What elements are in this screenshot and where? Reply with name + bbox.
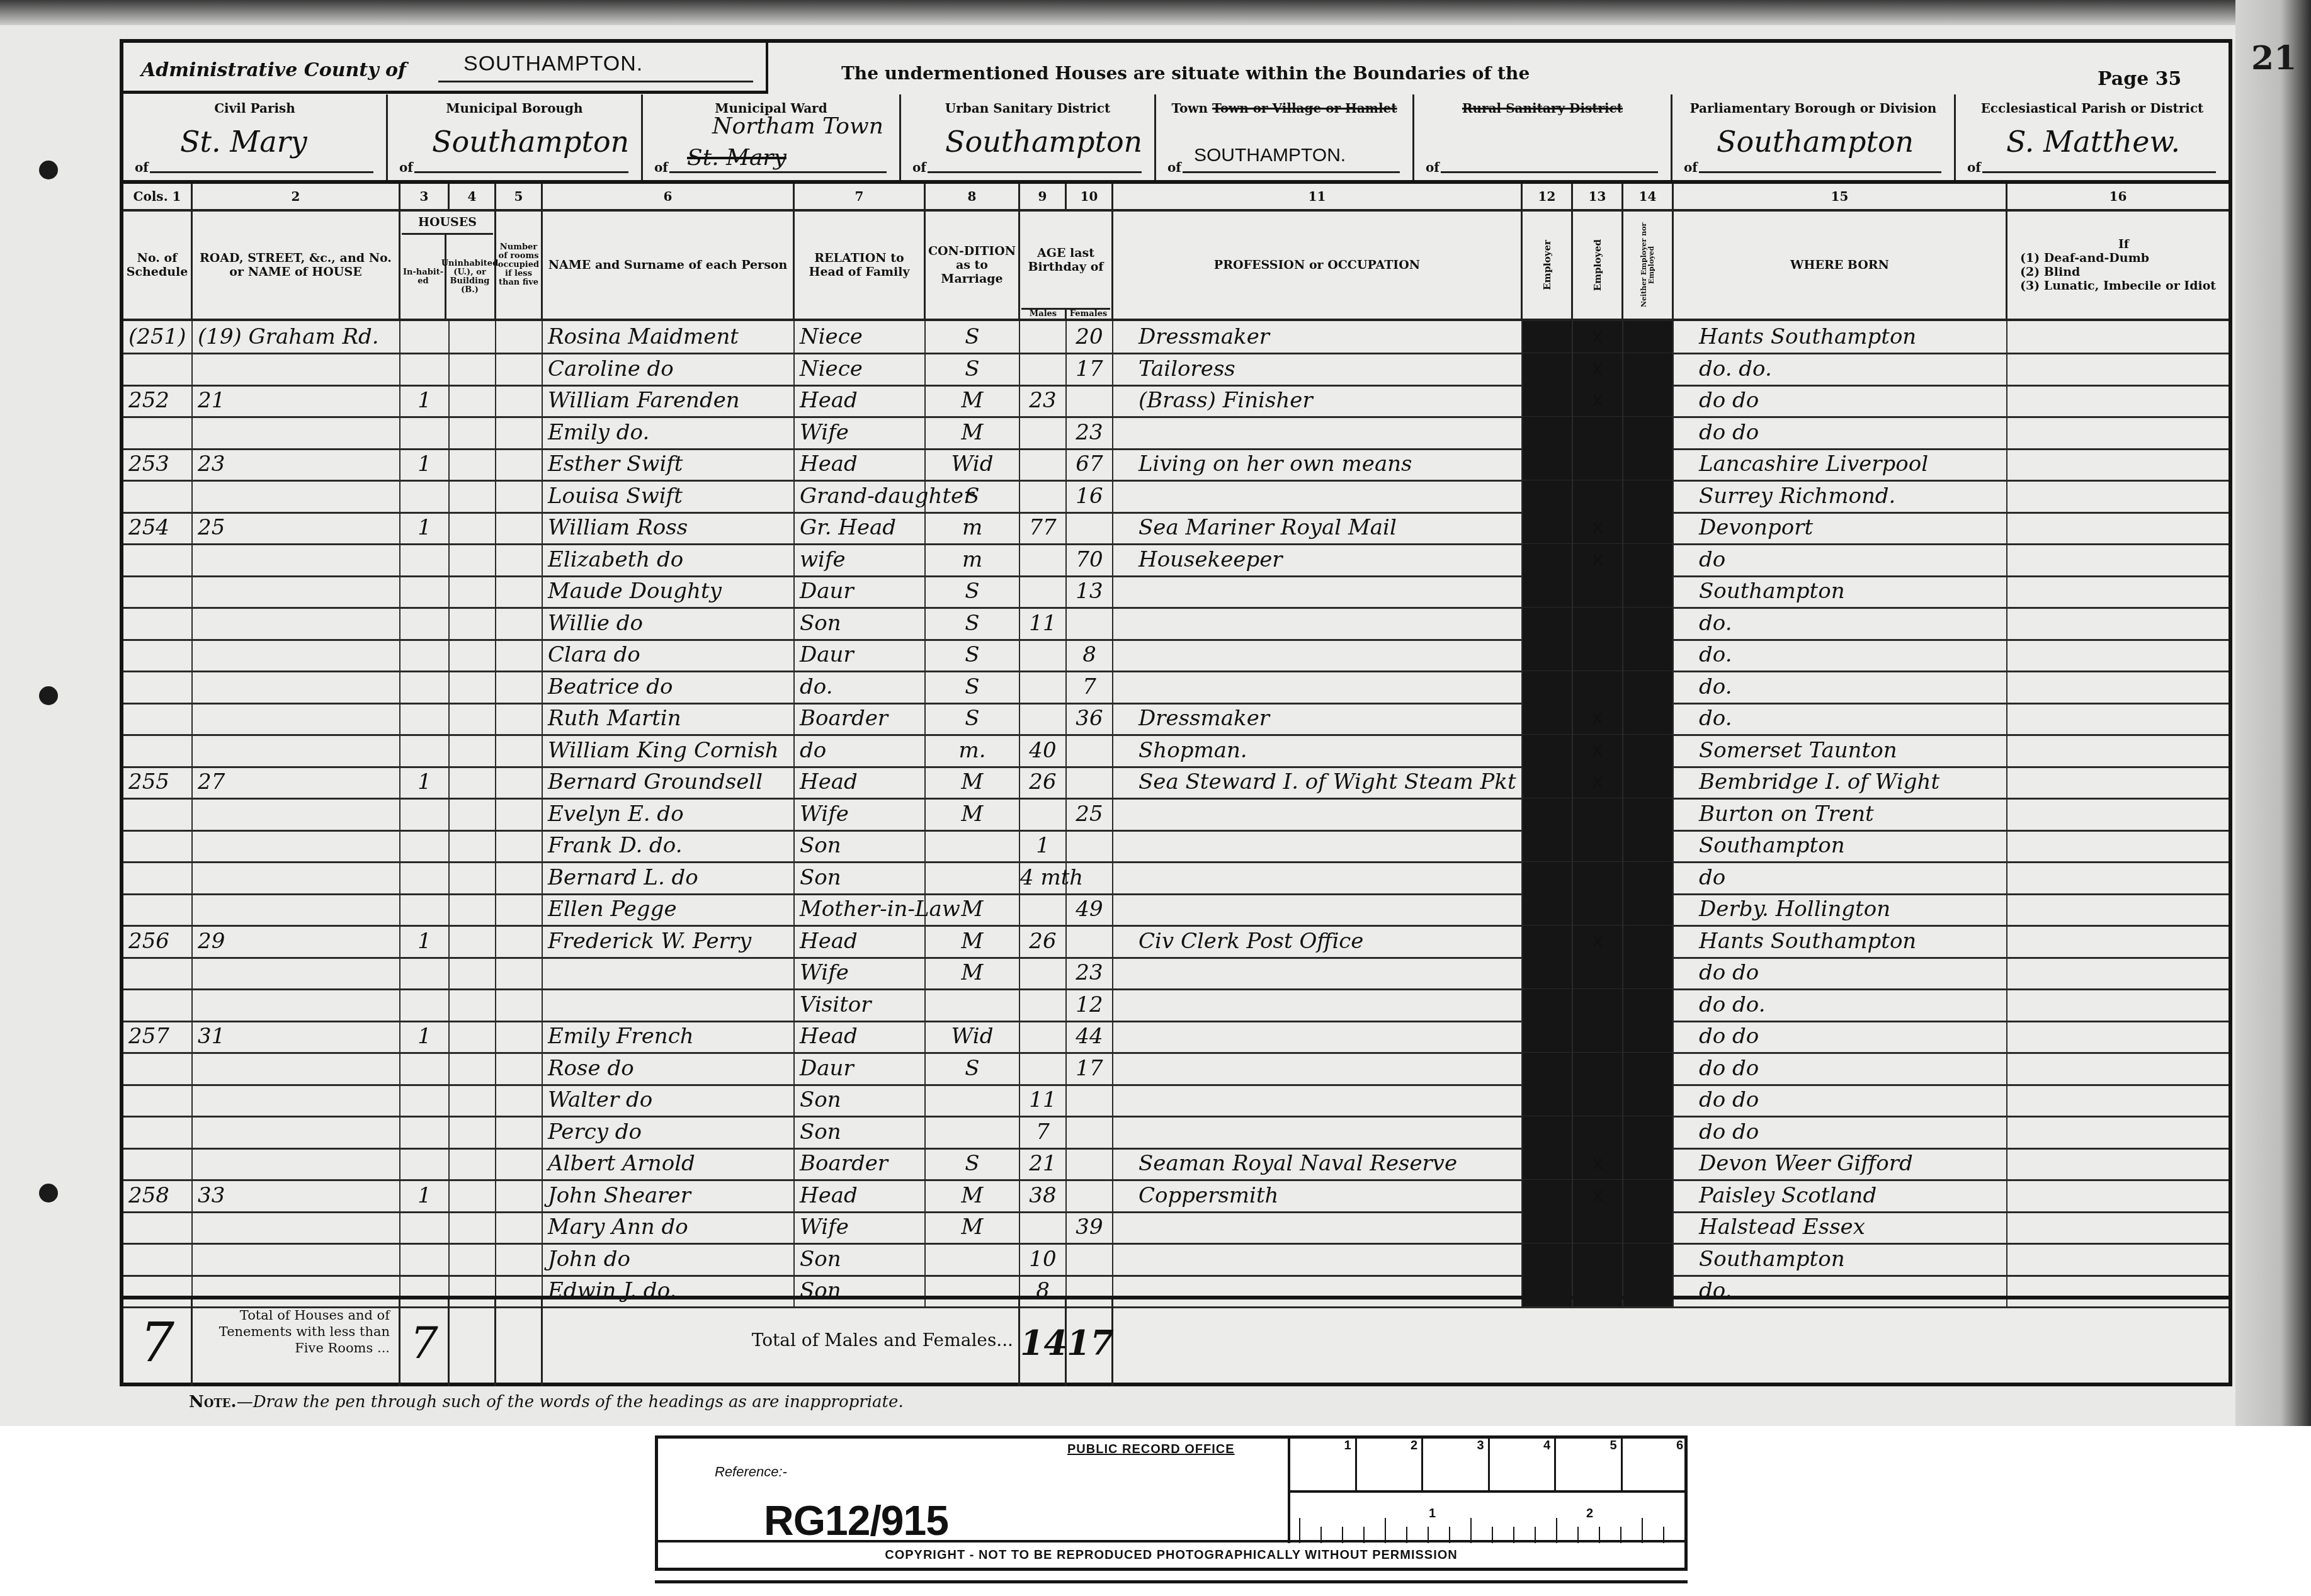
infirmity-cell [2007, 1148, 2229, 1179]
infirmity-cell [2007, 353, 2229, 385]
road-cell: 23 [193, 448, 400, 480]
road-cell: 29 [193, 925, 400, 957]
employer-cell [1523, 1084, 1573, 1116]
condition-cell: m [926, 544, 1020, 575]
relation-cell: Daur [795, 1053, 926, 1084]
schedule-cell: 257 [123, 1021, 193, 1052]
relation-cell: Son [795, 862, 926, 893]
neither-cell [1623, 735, 1674, 766]
schedule-cell [123, 1211, 193, 1243]
occupation-cell [1113, 1084, 1523, 1116]
name-cell: John Shearer [543, 1180, 795, 1211]
name-cell: Emily do. [543, 417, 795, 448]
road-cell [193, 798, 400, 830]
neither-cell [1623, 544, 1674, 575]
schedule-cell: (251) [123, 321, 193, 353]
females-age-cell: 17 [1067, 1053, 1113, 1084]
where-born-cell: Devonport [1674, 512, 2007, 543]
males-age-cell: 4 mth [1020, 862, 1067, 893]
infirmity-cell [2007, 1021, 2229, 1052]
relation-cell: Boarder [795, 703, 926, 734]
where-born-cell: do do [1674, 1053, 2007, 1084]
reference-box: PUBLIC RECORD OFFICE Reference:- RG12/91… [655, 1435, 1688, 1571]
schedule-cell [123, 735, 193, 766]
rooms-cell [496, 608, 543, 639]
name-cell: Evelyn E. do [543, 798, 795, 830]
inhabited-cell [400, 417, 450, 448]
where-born-cell: do. [1674, 671, 2007, 703]
inhabited-cell [400, 703, 450, 734]
infirmity-cell [2007, 1243, 2229, 1275]
relation-cell: Head [795, 766, 926, 798]
males-age-cell [1020, 575, 1067, 607]
neither-cell [1623, 989, 1674, 1021]
females-age-cell: 67 [1067, 448, 1113, 480]
table-row: Walter doSon11do do [123, 1084, 2229, 1118]
females-age-cell [1067, 766, 1113, 798]
males-age-cell: 10 [1020, 1243, 1067, 1275]
schedule-cell [123, 639, 193, 671]
males-age-cell: 40 [1020, 735, 1067, 766]
name-cell: Esther Swift [543, 448, 795, 480]
where-born-cell: Southampton [1674, 830, 2007, 861]
inhabited-cell [400, 862, 450, 893]
employed-cell [1573, 957, 1623, 988]
where-born-cell: Derby. Hollington [1674, 893, 2007, 925]
reference-label: Reference:- [715, 1464, 787, 1480]
infirmity-cell [2007, 671, 2229, 703]
header-houses: HOUSES In-habit-ed Uninhabited (U.), or … [400, 212, 496, 319]
condition-cell: M [926, 957, 1020, 988]
employed-cell [1573, 1116, 1623, 1148]
employer-cell [1523, 1243, 1573, 1275]
inhabited-cell: 1 [400, 766, 450, 798]
schedule-cell [123, 989, 193, 1021]
infirmity-cell [2007, 1211, 2229, 1243]
occupation-cell [1113, 1021, 1523, 1052]
rooms-cell [496, 385, 543, 416]
females-age-cell: 23 [1067, 957, 1113, 988]
females-age-cell: 25 [1067, 798, 1113, 830]
employer-cell [1523, 321, 1573, 353]
road-cell [193, 608, 400, 639]
employer-cell [1523, 480, 1573, 512]
inhabited-cell [400, 1148, 450, 1179]
occupation-cell [1113, 1053, 1523, 1084]
condition-cell [926, 830, 1020, 861]
neither-cell [1623, 1116, 1674, 1148]
name-cell: William Ross [543, 512, 795, 543]
inhabited-cell [400, 1053, 450, 1084]
females-age-cell: 16 [1067, 480, 1113, 512]
employer-cell [1523, 608, 1573, 639]
occupation-cell [1113, 862, 1523, 893]
employed-cell: x [1573, 385, 1623, 416]
occupation-cell: Dressmaker [1113, 703, 1523, 734]
females-age-cell: 49 [1067, 893, 1113, 925]
females-age-cell: 17 [1067, 353, 1113, 385]
name-cell: Ellen Pegge [543, 893, 795, 925]
employed-cell [1573, 671, 1623, 703]
rooms-cell [496, 893, 543, 925]
condition-cell [926, 862, 1020, 893]
table-row: Percy doSon7do do [123, 1116, 2229, 1150]
schedule-cell [123, 862, 193, 893]
inhabited-cell [400, 321, 450, 353]
infirmity-cell [2007, 448, 2229, 480]
occupation-cell [1113, 1211, 1523, 1243]
where-born-cell: do. do. [1674, 353, 2007, 385]
name-cell: Emily French [543, 1021, 795, 1052]
employed-cell [1573, 830, 1623, 861]
infirmity-cell [2007, 925, 2229, 957]
inhabited-cell [400, 798, 450, 830]
where-born-cell: Hants Southampton [1674, 321, 2007, 353]
inhabited-cell: 1 [400, 385, 450, 416]
males-age-cell: 21 [1020, 1148, 1067, 1179]
rooms-cell [496, 862, 543, 893]
neither-cell [1623, 480, 1674, 512]
schedule-cell [123, 893, 193, 925]
occupation-cell [1113, 893, 1523, 925]
uninhabited-cell [450, 385, 496, 416]
uninhabited-cell [450, 925, 496, 957]
uninhabited-cell [450, 893, 496, 925]
condition-cell [926, 989, 1020, 1021]
condition-cell: S [926, 671, 1020, 703]
condition-cell: S [926, 353, 1020, 385]
road-cell [193, 353, 400, 385]
occupation-cell [1113, 830, 1523, 861]
uninhabited-cell [450, 766, 496, 798]
where-born-cell: Southampton [1674, 1243, 2007, 1275]
neither-cell [1623, 608, 1674, 639]
road-cell [193, 1148, 400, 1179]
header-uninhabited: Uninhabited (U.), or Building (B.) [446, 235, 493, 319]
condition-cell: S [926, 321, 1020, 353]
where-born-cell: do. [1674, 608, 2007, 639]
females-age-cell: 70 [1067, 544, 1113, 575]
neither-cell [1623, 1211, 1674, 1243]
employer-cell [1523, 1021, 1573, 1052]
uninhabited-cell [450, 671, 496, 703]
employer-cell [1523, 893, 1573, 925]
schedule-cell [123, 353, 193, 385]
name-cell: Ruth Martin [543, 703, 795, 734]
employed-cell [1573, 1243, 1623, 1275]
name-cell: Mary Ann do [543, 1211, 795, 1243]
copyright-notice: COPYRIGHT - NOT TO BE REPRODUCED PHOTOGR… [658, 1540, 1684, 1568]
females-age-cell: 8 [1067, 639, 1113, 671]
relation-cell: Boarder [795, 1148, 926, 1179]
name-cell: Elizabeth do [543, 544, 795, 575]
rooms-cell [496, 1243, 543, 1275]
where-born-cell: Hants Southampton [1674, 925, 2007, 957]
schedule-cell: 254 [123, 512, 193, 543]
inhabited-cell [400, 1116, 450, 1148]
occupation-cell: (Brass) Finisher [1113, 385, 1523, 416]
rooms-cell [496, 1116, 543, 1148]
uninhabited-cell [450, 575, 496, 607]
uninhabited-cell [450, 544, 496, 575]
occupation-cell: Shopman. [1113, 735, 1523, 766]
table-row: (251)(19) Graham Rd.Rosina MaidmentNiece… [123, 321, 2229, 354]
rooms-cell [496, 1021, 543, 1052]
neither-cell [1623, 353, 1674, 385]
employed-cell [1573, 1211, 1623, 1243]
neither-cell [1623, 385, 1674, 416]
occupation-cell [1113, 1116, 1523, 1148]
males-age-cell [1020, 671, 1067, 703]
schedule-cell [123, 1053, 193, 1084]
area-ecclesiastical-district: Ecclesiastical Parish or District S. Mat… [1956, 94, 2229, 180]
infirmity-cell [2007, 703, 2229, 734]
road-cell: 21 [193, 385, 400, 416]
area-town: Town Town or Village or Hamlet SOUTHAMPT… [1156, 94, 1414, 180]
rooms-cell [496, 798, 543, 830]
condition-cell: M [926, 417, 1020, 448]
area-rural-sanitary-district: Rural Sanitary District of [1414, 94, 1672, 180]
occupation-cell [1113, 671, 1523, 703]
area-civil-parish: Civil Parish St. Mary of [123, 94, 388, 180]
rooms-cell [496, 575, 543, 607]
rooms-cell [496, 735, 543, 766]
infirmity-cell [2007, 544, 2229, 575]
condition-cell: S [926, 703, 1020, 734]
females-age-cell: 36 [1067, 703, 1113, 734]
employed-cell: x [1573, 353, 1623, 385]
schedule-cell: 252 [123, 385, 193, 416]
occupation-cell [1113, 417, 1523, 448]
schedule-cell [123, 1148, 193, 1179]
males-age-cell: 11 [1020, 1084, 1067, 1116]
header-relation: RELATION to Head of Family [795, 212, 926, 319]
rooms-cell [496, 321, 543, 353]
census-form: Administrative County of SOUTHAMPTON. Th… [120, 39, 2232, 1386]
uninhabited-cell [450, 512, 496, 543]
employed-cell: x [1573, 735, 1623, 766]
employer-cell [1523, 1053, 1573, 1084]
neither-cell [1623, 798, 1674, 830]
uninhabited-cell [450, 448, 496, 480]
condition-cell: M [926, 1180, 1020, 1211]
schedule-cell [123, 830, 193, 861]
infirmity-cell [2007, 1116, 2229, 1148]
column-numbers: Cols. 1 2 3 4 5 6 7 8 9 10 11 12 13 14 1… [123, 184, 2229, 212]
relation-cell: Son [795, 1084, 926, 1116]
condition-cell [926, 1084, 1020, 1116]
next-reference-edge [655, 1580, 1688, 1596]
neither-cell [1623, 1148, 1674, 1179]
uninhabited-cell [450, 1084, 496, 1116]
females-age-cell [1067, 1084, 1113, 1116]
condition-cell: M [926, 766, 1020, 798]
scale-cm: 1 2 3 4 5 6 [1290, 1439, 1687, 1493]
relation-cell: Gr. Head [795, 512, 926, 543]
occupation-cell [1113, 639, 1523, 671]
neither-cell [1623, 448, 1674, 480]
employer-cell [1523, 1148, 1573, 1179]
inhabited-cell [400, 639, 450, 671]
rooms-cell [496, 671, 543, 703]
table-row: William King Cornishdom.40Shopman.xSomer… [123, 735, 2229, 768]
page-number: Page 35 [2098, 68, 2181, 90]
occupation-cell: Tailoress [1113, 353, 1523, 385]
relation-cell: Wife [795, 798, 926, 830]
name-cell: Maude Doughty [543, 575, 795, 607]
rooms-cell [496, 1211, 543, 1243]
neither-cell [1623, 671, 1674, 703]
schedule-cell [123, 544, 193, 575]
females-age-cell [1067, 512, 1113, 543]
header-where-born: WHERE BORN [1674, 212, 2007, 319]
table-row: Mary Ann doWifeM39Halstead Essex [123, 1211, 2229, 1245]
infirmity-cell [2007, 957, 2229, 988]
employer-cell [1523, 798, 1573, 830]
females-age-cell [1067, 1180, 1113, 1211]
relation-cell: Son [795, 830, 926, 861]
employer-cell [1523, 385, 1573, 416]
females-age-cell [1067, 925, 1113, 957]
where-born-cell: do do [1674, 957, 2007, 988]
uninhabited-cell [450, 1148, 496, 1179]
infirmity-cell [2007, 1084, 2229, 1116]
rooms-cell [496, 544, 543, 575]
total-females: 17 [1067, 1299, 1113, 1386]
inhabited-cell: 1 [400, 448, 450, 480]
name-cell: Albert Arnold [543, 1148, 795, 1179]
inhabited-cell [400, 1084, 450, 1116]
employer-cell [1523, 703, 1573, 734]
table-row: Elizabeth dowifem70Housekeeperxdo [123, 544, 2229, 577]
employer-cell [1523, 512, 1573, 543]
infirmity-cell [2007, 766, 2229, 798]
neither-cell [1623, 1053, 1674, 1084]
road-cell [193, 639, 400, 671]
employed-cell: x [1573, 925, 1623, 957]
neither-cell [1623, 766, 1674, 798]
infirmity-cell [2007, 862, 2229, 893]
males-age-cell [1020, 798, 1067, 830]
infirmity-cell [2007, 1053, 2229, 1084]
males-age-cell: 26 [1020, 925, 1067, 957]
table-row: 252211William FarendenHeadM23(Brass) Fin… [123, 385, 2229, 418]
neither-cell [1623, 957, 1674, 988]
inhabited-cell: 1 [400, 512, 450, 543]
name-cell: Louisa Swift [543, 480, 795, 512]
males-age-cell: 7 [1020, 1116, 1067, 1148]
table-row: Louisa SwiftGrand-daughterS16Surrey Rich… [123, 480, 2229, 514]
road-cell [193, 671, 400, 703]
road-cell [193, 893, 400, 925]
employer-cell [1523, 544, 1573, 575]
infirmity-cell [2007, 989, 2229, 1021]
total-houses: 7 [400, 1299, 450, 1386]
road-cell [193, 1116, 400, 1148]
females-age-cell: 13 [1067, 575, 1113, 607]
ward-struck-value: St. Mary [687, 145, 786, 171]
neither-cell [1623, 575, 1674, 607]
infirmity-cell [2007, 1180, 2229, 1211]
condition-cell: S [926, 480, 1020, 512]
schedule-cell [123, 1243, 193, 1275]
relation-cell: Wife [795, 1211, 926, 1243]
rooms-cell [496, 766, 543, 798]
employer-cell [1523, 1180, 1573, 1211]
condition-cell: Wid [926, 448, 1020, 480]
total-males-females-label: Total of Males and Females... [752, 1330, 1013, 1350]
table-row: Beatrice dodo.S7do. [123, 671, 2229, 705]
occupation-cell: Sea Steward I. of Wight Steam Pkt Copy [1113, 766, 1523, 798]
schedule-cell [123, 1084, 193, 1116]
name-cell: Bernard Groundsell [543, 766, 795, 798]
schedule-cell [123, 575, 193, 607]
table-row: Visitor12do do. [123, 989, 2229, 1022]
neither-cell [1623, 1180, 1674, 1211]
inhabited-cell [400, 1243, 450, 1275]
schedule-cell [123, 957, 193, 988]
road-cell [193, 480, 400, 512]
employed-cell: x [1573, 544, 1623, 575]
header-condition: CON-DITION as to Marriage [926, 212, 1020, 319]
uninhabited-cell [450, 639, 496, 671]
schedule-cell [123, 608, 193, 639]
relation-cell: Head [795, 1021, 926, 1052]
punch-hole-icon [39, 1184, 58, 1203]
females-age-cell: 12 [1067, 989, 1113, 1021]
inhabited-cell: 1 [400, 925, 450, 957]
name-cell [543, 989, 795, 1021]
infirmity-cell [2007, 798, 2229, 830]
uninhabited-cell [450, 1053, 496, 1084]
rooms-cell [496, 448, 543, 480]
employer-cell [1523, 639, 1573, 671]
form-note: Note.—Draw the pen through such of the w… [189, 1393, 904, 1412]
road-cell: 25 [193, 512, 400, 543]
where-born-cell: Paisley Scotland [1674, 1180, 2007, 1211]
uninhabited-cell [450, 703, 496, 734]
header-females: Females [1067, 310, 1110, 319]
males-age-cell: 26 [1020, 766, 1067, 798]
males-age-cell [1020, 1053, 1067, 1084]
name-cell: Caroline do [543, 353, 795, 385]
uninhabited-cell [450, 608, 496, 639]
scale-tick [1299, 1518, 1300, 1543]
employed-cell [1573, 893, 1623, 925]
relation-cell: do [795, 735, 926, 766]
schedule-cell: 256 [123, 925, 193, 957]
punch-hole-icon [39, 686, 58, 705]
table-row: Emily do.WifeM23do do [123, 417, 2229, 450]
table-row: Caroline doNieceS17Tailoressxdo. do. [123, 353, 2229, 387]
condition-cell [926, 1116, 1020, 1148]
infirmity-cell [2007, 385, 2229, 416]
road-cell: (19) Graham Rd. [193, 321, 400, 353]
males-age-cell [1020, 480, 1067, 512]
schedule-cell [123, 703, 193, 734]
schedule-cell [123, 798, 193, 830]
employed-cell: x [1573, 512, 1623, 543]
where-born-cell: do do [1674, 385, 2007, 416]
employer-cell [1523, 448, 1573, 480]
employer-cell [1523, 671, 1573, 703]
relation-cell: Visitor [795, 989, 926, 1021]
where-born-cell: Devon Weer Gifford [1674, 1148, 2007, 1179]
where-born-cell: Bembridge I. of Wight [1674, 766, 2007, 798]
road-cell [193, 830, 400, 861]
reference-code: RG12/915 [764, 1497, 948, 1544]
where-born-cell: do do [1674, 1021, 2007, 1052]
